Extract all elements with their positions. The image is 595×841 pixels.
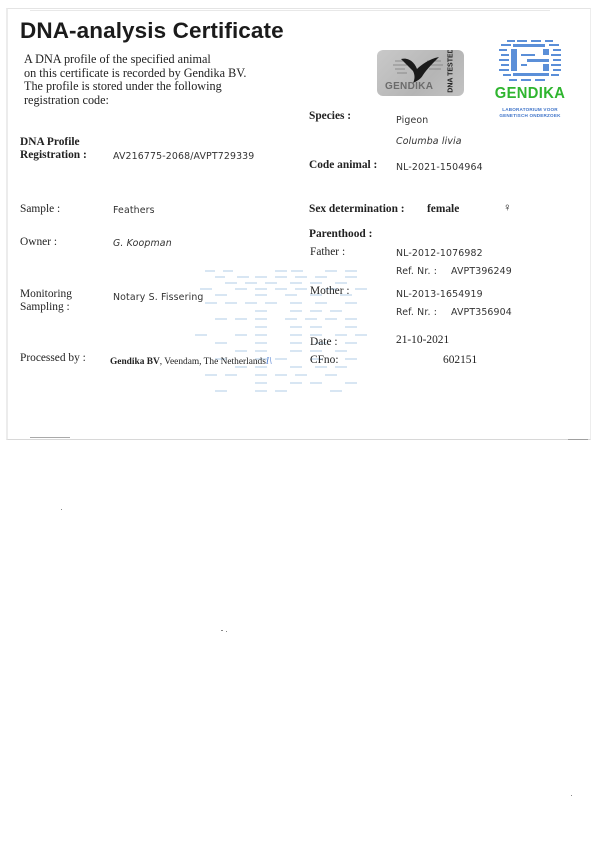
processed-label: Processed by : [20, 352, 86, 364]
gendika-logo-subtitle: LABORATORIUM VOOR GENETISCH ONDERZOEK [490, 107, 570, 118]
scan-edge-bottom [30, 437, 70, 438]
father-ref-value: AVPT396249 [451, 266, 512, 277]
intro-line: on this certificate is recorded by Gendi… [24, 67, 284, 81]
registration-label-line2: Registration : [20, 149, 87, 161]
gendika-g-icon [497, 38, 563, 82]
monitoring-value: Notary S. Fissering [113, 292, 204, 303]
parenthood-label: Parenthood : [309, 228, 372, 240]
gendika-logo: GENDIKA LABORATORIUM VOOR GENETISCH ONDE… [490, 38, 570, 124]
cfno-label: CFno: [310, 354, 339, 366]
owner-label: Owner : [20, 236, 57, 248]
mother-ref-label: Ref. Nr. : [396, 307, 437, 318]
registration-value: AV216775-2068/AVPT729339 [113, 151, 254, 162]
registration-label-line1: DNA Profile [20, 136, 80, 148]
cfno-value: 602151 [443, 354, 477, 366]
scan-speck [226, 631, 227, 632]
processed-location: , Veendam, The Netherlands [160, 357, 266, 367]
scan-edge-bottom-right [568, 439, 588, 440]
mother-ref-value: AVPT356904 [451, 307, 512, 318]
sample-label: Sample : [20, 203, 60, 215]
scan-edge-top [30, 10, 550, 11]
scan-speck [221, 630, 223, 631]
female-symbol-icon: ♀ [503, 202, 512, 214]
species-latin-name: Columba livia [396, 136, 462, 147]
date-value: 21-10-2021 [396, 334, 449, 346]
owner-value: G. Koopman [113, 238, 172, 249]
sex-value: female [427, 203, 459, 215]
sticker-brand: GENDIKA [385, 81, 433, 92]
code-animal-value: NL-2021-1504964 [396, 162, 483, 173]
code-animal-label: Code animal : [309, 159, 377, 171]
sticker-badge: DNA TESTED [447, 50, 454, 93]
certificate-title: DNA-analysis Certificate [20, 18, 284, 44]
father-ring: NL-2012-1076982 [396, 248, 483, 259]
intro-text: A DNA profile of the specified animal on… [24, 53, 284, 107]
mother-label: Mother : [310, 285, 350, 297]
sample-value: Feathers [113, 205, 155, 216]
scan-speck [61, 509, 62, 510]
processed-company: Gendika BV [110, 357, 160, 367]
date-label: Date : [310, 336, 338, 348]
species-label: Species : [309, 110, 351, 122]
scan-speck [571, 795, 572, 796]
species-common-name: Pigeon [396, 115, 428, 126]
father-label: Father : [310, 246, 345, 258]
intro-line: The profile is stored under the followin… [24, 80, 284, 94]
intro-line: registration code: [24, 94, 284, 108]
monitoring-label-line1: Monitoring [20, 288, 72, 300]
mother-ring: NL-2013-1654919 [396, 289, 483, 300]
processed-value: Gendika BV, Veendam, The Netherlandsl\ [110, 355, 272, 367]
gendika-logo-brand: GENDIKA [493, 85, 567, 103]
father-ref-label: Ref. Nr. : [396, 266, 437, 277]
sex-label: Sex determination : [309, 203, 405, 215]
dna-watermark-icon [195, 262, 395, 402]
monitoring-label-line2: Sampling : [20, 301, 70, 313]
pen-mark: l\ [266, 355, 272, 367]
dna-tested-sticker: GENDIKA DNA TESTED [377, 50, 464, 96]
intro-line: A DNA profile of the specified animal [24, 53, 284, 67]
